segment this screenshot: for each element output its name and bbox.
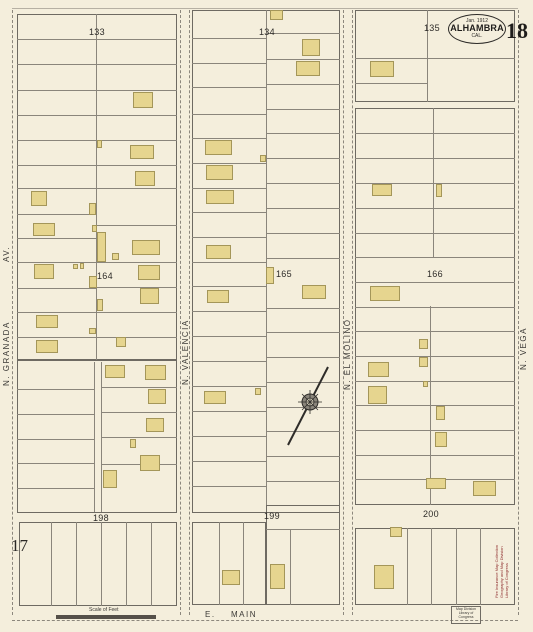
dwelling [130,145,154,159]
street-label-vega: N. VEGA [519,327,528,370]
lot-line [126,522,127,606]
street-label-granada-av: AV. [2,246,11,262]
scale-bar [56,615,156,619]
lot-line [355,58,515,59]
dwelling [206,165,233,180]
dwelling [302,285,326,299]
lot-line [192,114,266,115]
lot-line [456,528,457,605]
lot-line [192,188,266,189]
dwelling [206,190,234,204]
dwelling [140,288,159,304]
lot-line [266,481,340,482]
lot-line [355,208,515,209]
lot-line [192,212,266,213]
lot-line [96,225,177,226]
vacant-structure [103,470,117,488]
lot-line [355,405,515,406]
lot-line [355,331,515,332]
street-label-main-prefix: E. [205,610,216,619]
block-number-199: 199 [264,511,280,521]
lot-line [266,33,340,34]
lot-line [266,456,340,457]
scale-label: Scale of Feet [89,607,118,613]
dwelling [36,315,58,328]
dwelling [140,455,160,471]
lot-line [17,115,177,116]
lot-line [266,59,340,60]
dwelling [374,565,394,589]
dwelling [105,365,125,378]
dwelling [426,478,446,489]
outbuilding [255,388,261,395]
lot-line [266,109,340,110]
lot-line [219,522,220,605]
lot-line [355,282,515,283]
outbuilding [92,225,97,232]
lot-line [355,133,515,134]
dwelling-small [436,406,445,420]
outbuilding [80,263,84,269]
lot-line [266,529,340,530]
dwelling [145,365,166,380]
lot-line [355,381,515,382]
lot-line [266,308,340,309]
dwelling [206,245,231,259]
lot-line [192,262,266,263]
lot-line [101,387,177,388]
dwelling [204,391,226,404]
outbuilding [436,184,442,197]
lot-line [76,522,77,606]
lot-line [17,238,97,239]
dwelling [222,570,240,585]
dwelling-small [116,337,126,347]
lot-line [266,332,340,333]
dwelling [132,240,160,255]
lot-line [192,163,266,164]
lot-line [17,90,177,91]
lot-line [17,337,177,338]
dwelling [31,191,47,206]
lot-line [266,158,340,159]
vacant-structure [270,10,283,20]
block-number-165: 165 [276,269,292,279]
lot-line [192,63,266,64]
dwelling [296,61,320,76]
lot-line [151,522,152,606]
dwelling [207,290,229,303]
store-small [266,267,274,284]
lot-line [17,214,97,215]
block-number-134: 134 [259,27,275,37]
lot-line [431,528,432,605]
dwelling [372,184,392,196]
lot-line [192,436,266,437]
dwelling [270,564,285,589]
street-granada-edge [12,10,13,615]
outbuilding [260,155,266,162]
dwelling [135,171,155,186]
dwelling [370,61,394,77]
lot-line [101,412,177,413]
outbuilding [419,339,428,349]
sanborn-map-sheet: 133 134 135 164 165 166 198 199 200 N. G… [0,0,533,632]
lot-line [17,262,177,263]
street-label-valencia: N. VALENCIA [181,319,190,385]
dwelling [133,92,153,108]
street-el-molino-edge-east [352,10,353,615]
lot-line [355,455,515,456]
dwelling [146,418,164,432]
lot-line [192,311,266,312]
lot-line [101,522,102,606]
street-el-molino-edge-west [343,10,344,615]
dwelling-small [435,432,447,447]
store-small [390,527,402,537]
lot-line [355,257,515,258]
lot-line [101,437,177,438]
compass-rose-icon [280,365,340,450]
map-division-box: Map Division Library of Congress [451,606,481,624]
lot-line [266,133,340,134]
sheet-number: 18 [506,18,528,44]
street-valencia-edge-east [189,10,190,615]
outbuilding [97,140,102,148]
lot-line [480,528,481,605]
lot-line [17,188,177,189]
block-number-200: 200 [423,509,439,519]
outbuilding [73,264,78,269]
street-main-edge [12,620,518,621]
lot-line [407,528,408,605]
lot-line [192,386,266,387]
lot-line [192,38,266,39]
lot-line [355,158,515,159]
dwelling [138,265,160,280]
block-number-198: 198 [93,513,109,523]
alley-198-w [94,362,95,512]
lot-line [266,208,340,209]
adjacent-sheet-number: 17 [11,536,28,556]
dwelling [36,340,58,353]
lot-line [101,464,177,465]
lot-line [192,336,266,337]
lot-line [192,237,266,238]
store-long [97,232,106,262]
lot-line [192,87,266,88]
lot-line [243,522,244,605]
alley-134 [266,10,267,513]
block-198-south [19,522,177,606]
street-valencia-edge-west [180,10,181,615]
top-edge [12,8,518,9]
dwelling [148,389,166,404]
title-cartouche: Jan. 1912 ALHAMBRA CAL. [448,14,506,44]
lot-line [17,39,177,40]
street-label-granada: N. GRANADA [2,321,11,386]
dwelling [368,386,387,404]
lot-line [17,488,94,489]
outbuilding [89,328,96,334]
lot-line [355,307,515,308]
map-state: CAL. [449,33,505,39]
library-stamp: Fire Insurance Map Collection Geography … [494,545,509,598]
block-number-166: 166 [427,269,443,279]
block-199-south [192,522,266,605]
lot-line [17,389,94,390]
lot-line [17,439,94,440]
lot-line [355,430,515,431]
lot-line [192,411,266,412]
lot-line [192,486,266,487]
dwelling [302,39,320,56]
lot-line [17,64,177,65]
lot-line [192,461,266,462]
lot-line [192,138,266,139]
block-number-133: 133 [89,27,105,37]
lot-line [266,233,340,234]
outbuilding [89,203,96,215]
lot-line [17,463,94,464]
block-number-135: 135 [424,23,440,33]
street-label-el-molino: N. EL MOLINO [343,319,352,391]
dwelling [370,286,400,301]
lot-line [17,414,94,415]
street-label-main: MAIN [231,610,257,619]
lot-line [266,183,340,184]
store-small [89,276,97,288]
dwelling [368,362,389,377]
dwelling [205,140,232,155]
lot-line [355,83,427,84]
lot-line [266,357,340,358]
lot-line [355,233,515,234]
lot-line [192,361,266,362]
outbuilding [112,253,119,260]
lot-line [17,165,177,166]
block-number-164: 164 [97,271,113,281]
street-vega-edge [518,10,519,615]
lot-line [355,356,515,357]
dwelling [34,264,54,279]
dwelling [473,481,496,496]
lot-line [51,522,52,606]
lot-line [17,288,97,289]
outbuilding [423,381,428,387]
lot-line [192,286,266,287]
lot-line [266,84,340,85]
lot-line [17,312,177,313]
outbuilding [97,299,103,311]
lot-line [96,287,177,288]
dwelling [33,223,55,236]
map-city: ALHAMBRA [449,24,505,33]
outbuilding [130,439,136,448]
outbuilding [419,357,428,367]
lot-line [266,258,340,259]
lot-line [290,529,291,605]
